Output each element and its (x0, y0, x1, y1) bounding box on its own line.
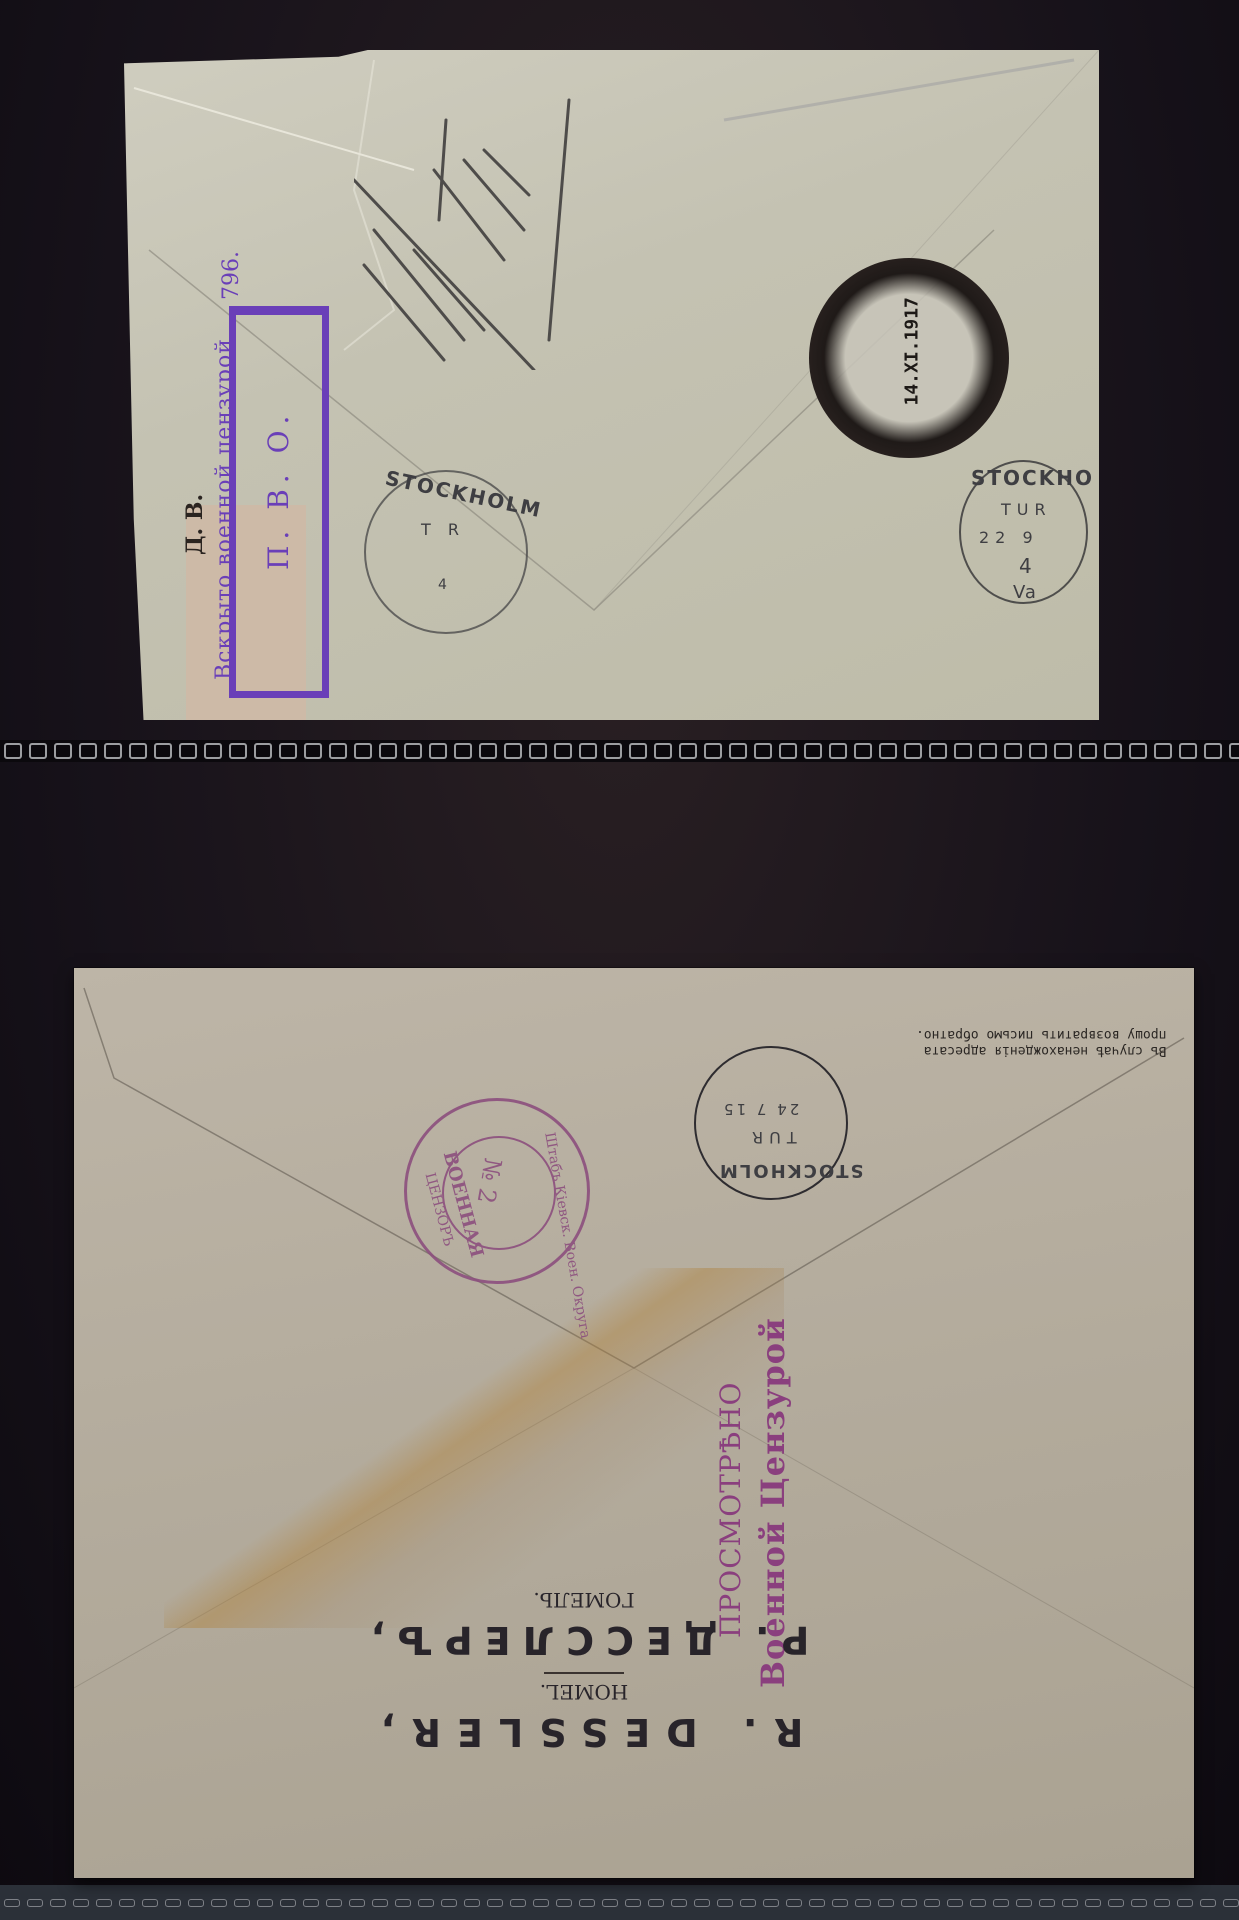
military-censor-seal: Штабъ Кіевск. Воен. Округа № 2 ВОЕННАЯ Ц… (404, 1098, 590, 1284)
censor-label-line2: Вскрыто военной цензурой (212, 338, 237, 680)
album-perforation (487, 1899, 503, 1907)
stockholm-postmark: STOCKHOLM TUR 24 7 15 (694, 1046, 848, 1200)
album-perforation (1004, 743, 1022, 759)
stockholm-postmark-right: STOCKHO TUR 22 9 4 Va (959, 460, 1088, 604)
album-perforation (648, 1899, 664, 1907)
album-perforation (179, 743, 197, 759)
album-perforation (694, 1899, 710, 1907)
album-perforation (679, 743, 697, 759)
censor-label-line1: Д. В. (182, 494, 208, 555)
album-perforation (809, 1899, 825, 1907)
album-perforation (1085, 1899, 1101, 1907)
album-perforation (579, 743, 597, 759)
album-perforation (1108, 1899, 1124, 1907)
album-perforation (1062, 1899, 1078, 1907)
album-perforation (1177, 1899, 1193, 1907)
album-perforation (901, 1899, 917, 1907)
album-perforation (404, 743, 422, 759)
album-perforation (129, 743, 147, 759)
album-perforation (479, 743, 497, 759)
album-perforation (779, 743, 797, 759)
album-perforation (418, 1899, 434, 1907)
album-perforation (211, 1899, 227, 1907)
sender-city-ru: ГОМЕЛЬ. (354, 1588, 814, 1612)
cover-bottom: Въ случаѣ ненахожденія адресата прошу во… (74, 968, 1194, 1878)
album-perforation (304, 743, 322, 759)
sender-name-ru: Р. ДЕССЛЕРЪ, (354, 1618, 814, 1662)
album-perforation (1200, 1899, 1216, 1907)
album-perforation (763, 1899, 779, 1907)
album-perforation (924, 1899, 940, 1907)
album-perforation (829, 743, 847, 759)
album-perforation (29, 743, 47, 759)
album-perforation (556, 1899, 572, 1907)
album-perforation (188, 1899, 204, 1907)
album-perforation (970, 1899, 986, 1907)
album-perforation (654, 743, 672, 759)
album-perforation (142, 1899, 158, 1907)
album-perforation (254, 743, 272, 759)
censor-office: П. В. О. (262, 410, 295, 570)
glue-stain (164, 1268, 784, 1628)
album-perforation (73, 1899, 89, 1907)
album-perforation (629, 743, 647, 759)
album-perforation (54, 743, 72, 759)
album-perforation (329, 743, 347, 759)
album-perforation (671, 1899, 687, 1907)
album-perforation (464, 1899, 480, 1907)
album-perforation (395, 1899, 411, 1907)
return-address: R. DESSLER, HOMEL. Р. ДЕССЛЕРЪ, ГОМЕЛЬ. (354, 1588, 814, 1754)
album-perforation (510, 1899, 526, 1907)
album-perforation (704, 743, 722, 759)
album-perforation (372, 1899, 388, 1907)
album-perforation (429, 743, 447, 759)
album-perforation (1131, 1899, 1147, 1907)
album-perforation (154, 743, 172, 759)
album-perforation (4, 743, 22, 759)
album-perforation (1154, 743, 1172, 759)
album-perforation (729, 743, 747, 759)
transit-postmark-black: 14.XI.1917 (809, 258, 1009, 458)
album-perforation (4, 1899, 20, 1907)
album-perforation (854, 743, 872, 759)
album-perforation (786, 1899, 802, 1907)
sender-city-en: HOMEL. (354, 1680, 814, 1704)
album-perforation (279, 743, 297, 759)
album-perforation (1039, 1899, 1055, 1907)
album-perforation (454, 743, 472, 759)
album-perforation (504, 743, 522, 759)
album-perforation (1029, 743, 1047, 759)
album-perforation (625, 1899, 641, 1907)
album-perforation (234, 1899, 250, 1907)
album-perforation (354, 743, 372, 759)
album-perforation (754, 743, 772, 759)
album-perforation (832, 1899, 848, 1907)
album-strip-top (0, 740, 1239, 762)
album-perforation (804, 743, 822, 759)
album-perforation (303, 1899, 319, 1907)
album-perforation (165, 1899, 181, 1907)
album-perforation (879, 743, 897, 759)
album-perforation (1229, 743, 1239, 759)
album-perforation (904, 743, 922, 759)
album-perforation (27, 1899, 43, 1907)
album-perforation (204, 743, 222, 759)
album-perforation (1129, 743, 1147, 759)
album-perforation (954, 743, 972, 759)
album-perforation (441, 1899, 457, 1907)
album-perforation (947, 1899, 963, 1907)
album-perforation (533, 1899, 549, 1907)
album-perforation (1054, 743, 1072, 759)
album-perforation (119, 1899, 135, 1907)
album-perforation (326, 1899, 342, 1907)
censor-number: 796. (219, 251, 244, 300)
album-perforation (855, 1899, 871, 1907)
album-perforation (1079, 743, 1097, 759)
album-perforation (740, 1899, 756, 1907)
album-perforation (554, 743, 572, 759)
album-perforation (1179, 743, 1197, 759)
album-perforation (1154, 1899, 1170, 1907)
album-strip-bottom (0, 1885, 1239, 1920)
album-perforation (717, 1899, 733, 1907)
album-perforation (602, 1899, 618, 1907)
album-perforation (349, 1899, 365, 1907)
return-instruction: Въ случаѣ ненахожденія адресата прошу во… (916, 1026, 1166, 1058)
album-perforation (50, 1899, 66, 1907)
album-perforation (878, 1899, 894, 1907)
pencil-notation (354, 80, 584, 370)
album-perforation (1223, 1899, 1239, 1907)
album-perforation (529, 743, 547, 759)
album-perforation (604, 743, 622, 759)
album-perforation (1016, 1899, 1032, 1907)
stockholm-postmark-left: STOCKHOLM T R 4 (364, 470, 528, 634)
sender-name-en: R. DESSLER, (354, 1710, 814, 1754)
album-perforation (79, 743, 97, 759)
album-perforation (1204, 743, 1222, 759)
album-perforation (929, 743, 947, 759)
album-perforation (1104, 743, 1122, 759)
album-perforation (379, 743, 397, 759)
album-perforation (979, 743, 997, 759)
album-perforation (257, 1899, 273, 1907)
album-perforation (229, 743, 247, 759)
album-perforation (104, 743, 122, 759)
album-perforation (280, 1899, 296, 1907)
album-perforation (96, 1899, 112, 1907)
cover-top: Д. В. Вскрыто военной цензурой 796. П. В… (124, 50, 1099, 720)
album-perforation (993, 1899, 1009, 1907)
album-perforation (579, 1899, 595, 1907)
